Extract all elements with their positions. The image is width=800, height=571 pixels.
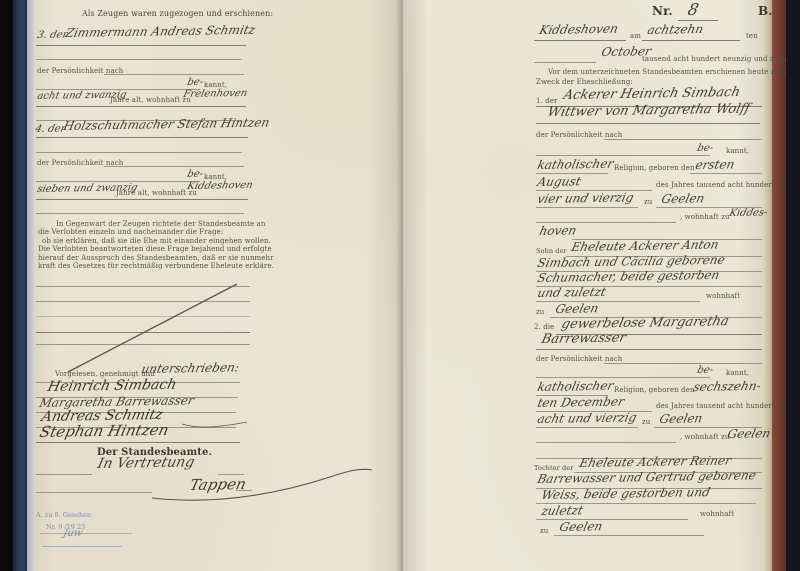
groom-prefix: 1. der — [536, 97, 557, 105]
book-cover-right — [772, 0, 786, 571]
formula-paragraph-line: die Verlobten einzeln und nacheinander d… — [38, 228, 223, 236]
background-left — [0, 0, 13, 571]
intro-line: Zweck der Eheschließung: — [536, 78, 633, 86]
intro-line: Vor dem unterzeichneten Standesbeamten e… — [548, 68, 786, 76]
groom-home-hw: Kiddes- — [728, 207, 769, 219]
ruled-line — [36, 332, 250, 333]
groom-parents-home-hw: Geelen — [554, 301, 600, 316]
ruled-line — [36, 137, 248, 138]
bride-home-hw: Geelen — [726, 426, 772, 441]
jahre-alt-label: Jahre alt, wohnhaft zu — [116, 189, 197, 197]
ruled-line — [536, 442, 676, 443]
bekannt-hw: be- — [186, 169, 204, 180]
ten-label: ten — [746, 32, 758, 40]
jahres-label: des Jahres tausend acht hundert — [656, 402, 775, 410]
page-edge-left — [27, 0, 34, 571]
ruled-line — [36, 474, 92, 475]
bride-parents-hw: Weiss, beide gestorben und — [540, 485, 712, 502]
wohnhaft-zu-label: , wohnhaft zu — [680, 433, 729, 441]
ruled-line — [534, 40, 626, 41]
formula-paragraph-line: Die Verlobten beantworteten diese Frage … — [38, 245, 272, 253]
ruled-line — [236, 490, 252, 491]
groom-home2-hw: hoven — [538, 223, 578, 238]
ruled-line — [104, 166, 244, 167]
groom-birthplace-hw: Geelen — [660, 191, 706, 206]
year-printed: tausend acht hundert neunzig und zwei. — [642, 55, 789, 63]
formula-paragraph-line: In Gegenwart der Zeugen richtete der Sta… — [56, 220, 265, 228]
stamp-rule — [42, 546, 122, 547]
day-hw: achtzehn — [646, 22, 705, 37]
ruled-line — [536, 207, 638, 208]
ruled-line — [536, 427, 638, 428]
stamp-signature: Juw — [62, 528, 84, 539]
ruled-line — [36, 106, 246, 107]
ruled-line — [554, 535, 704, 536]
marriage-register-book: Als Zeugen waren zugezogen und erschiene… — [0, 0, 800, 571]
ruled-line — [36, 442, 240, 443]
page-letter: B. — [758, 4, 773, 18]
wohnhaft-zu-label: , wohnhaft zu — [680, 213, 729, 221]
bride-birthplace-hw: Geelen — [658, 411, 704, 426]
bride-parents-home-hw: Geelen — [558, 519, 604, 534]
zu-label: zu — [644, 198, 652, 206]
groom-parents-hw: Eheleute Ackerer Anton — [570, 237, 720, 254]
ruled-line — [536, 377, 710, 378]
bekannt-hw: be- — [696, 365, 714, 376]
signature-groom: Heinrich Simbach — [46, 377, 178, 395]
ruled-line — [604, 139, 762, 140]
zu-label: zu — [536, 308, 544, 316]
formula-paragraph-line: kraft des Gesetzes für rechtmäßig verbun… — [38, 262, 274, 270]
ruled-line — [690, 173, 762, 174]
jahres-label: des Jahres tausend acht hundert — [656, 181, 775, 189]
stamp-rule — [40, 533, 132, 534]
formula-paragraph-line: ob sie erklären, daß sie die Ehe mit ein… — [42, 237, 271, 245]
bride-parents-hw: Eheleute Ackerer Reiner — [578, 453, 733, 470]
bride-name-hw: gewerbelose Margaretha — [560, 314, 730, 332]
religion-label: Religion, geboren den — [614, 386, 695, 394]
am-label: am — [630, 32, 641, 40]
ruled-line — [36, 45, 246, 46]
ruled-line — [36, 152, 242, 153]
bekannt-hw: be- — [186, 77, 204, 88]
persoenlichkeit-label: der Persönlichkeit nach — [536, 131, 622, 139]
wohnhaft-label: wohnhaft — [700, 510, 734, 518]
place-hw: Kiddeshoven — [538, 22, 620, 37]
ruled-line — [536, 349, 762, 350]
ruled-line — [536, 155, 710, 156]
groom-birthmonth-hw: August — [536, 174, 582, 189]
groom-birthday-hw: ersten — [694, 157, 736, 172]
ruled-line — [36, 199, 248, 200]
bride-religion-hw: katholischer — [536, 379, 615, 394]
witness-4-home: Kiddeshoven — [186, 180, 254, 192]
book-cover-left — [13, 0, 27, 571]
ruled-line — [36, 286, 250, 287]
bekannt-label: kannt, — [726, 147, 749, 155]
witness-3-home: Frelenhoven — [182, 88, 248, 100]
page-edge-right — [763, 0, 772, 571]
groom-religion-hw: katholischer — [536, 157, 615, 172]
bekannt-label: kannt, — [726, 369, 749, 377]
signature-registrar: Tappen — [188, 475, 248, 494]
in-vertretung-hw: In Vertretung — [96, 454, 196, 472]
official-stamp-line: A. zu 8. Gesehen — [36, 511, 91, 519]
bride-birthday-hw: sechszehn- — [692, 379, 762, 394]
ruled-line — [642, 40, 740, 41]
ruled-line — [36, 301, 250, 302]
formula-paragraph-line: hierauf der Ausspruch des Standesbeamten… — [38, 254, 274, 262]
background-right — [786, 0, 800, 571]
bride-birthyear-hw: acht und vierzig — [536, 410, 638, 426]
bride-prefix: 2. die — [534, 323, 554, 331]
sohn-label: Sohn der — [536, 247, 567, 255]
signature-witness-4: Stephan Hintzen — [38, 421, 171, 441]
ruled-line — [36, 316, 250, 317]
persoenlichkeit-label: der Persönlichkeit nach — [536, 355, 622, 363]
ruled-line — [36, 59, 242, 60]
ruled-line — [604, 363, 762, 364]
bride-birthday2-hw: ten December — [536, 395, 626, 410]
ruled-line — [36, 213, 244, 214]
bride-parents-hw: zuletzt — [540, 503, 584, 518]
zu-label: zu — [642, 418, 650, 426]
ruled-line — [104, 74, 244, 75]
bekannt-hw: be- — [696, 143, 714, 154]
groom-parents-hw: und zuletzt — [536, 285, 607, 300]
zu-label: zu — [540, 527, 548, 535]
witness-4-prefix: 4. der — [34, 123, 67, 135]
groom-name-hw: Ackerer Heinrich Simbach — [562, 85, 742, 103]
ruled-line — [536, 519, 688, 520]
groom-birthyear-hw: vier und vierzig — [536, 190, 635, 206]
ruled-line — [536, 123, 760, 124]
bride-surname-hw: Barrewasser — [540, 331, 627, 347]
jahre-alt-label: Jahre alt, wohnhaft zu — [110, 96, 191, 104]
nr-label: Nr. — [652, 4, 673, 18]
witnesses-header: Als Zeugen waren zugezogen und erschiene… — [82, 9, 273, 18]
ruled-line — [534, 62, 596, 63]
wohnhaft-label: wohnhaft — [706, 292, 740, 300]
religion-label: Religion, geboren den — [614, 164, 695, 172]
unterschrieben-hw: unterschrieben: — [140, 360, 241, 376]
ruled-line — [36, 492, 152, 493]
ruled-line — [678, 20, 718, 21]
ruled-line — [36, 344, 250, 345]
